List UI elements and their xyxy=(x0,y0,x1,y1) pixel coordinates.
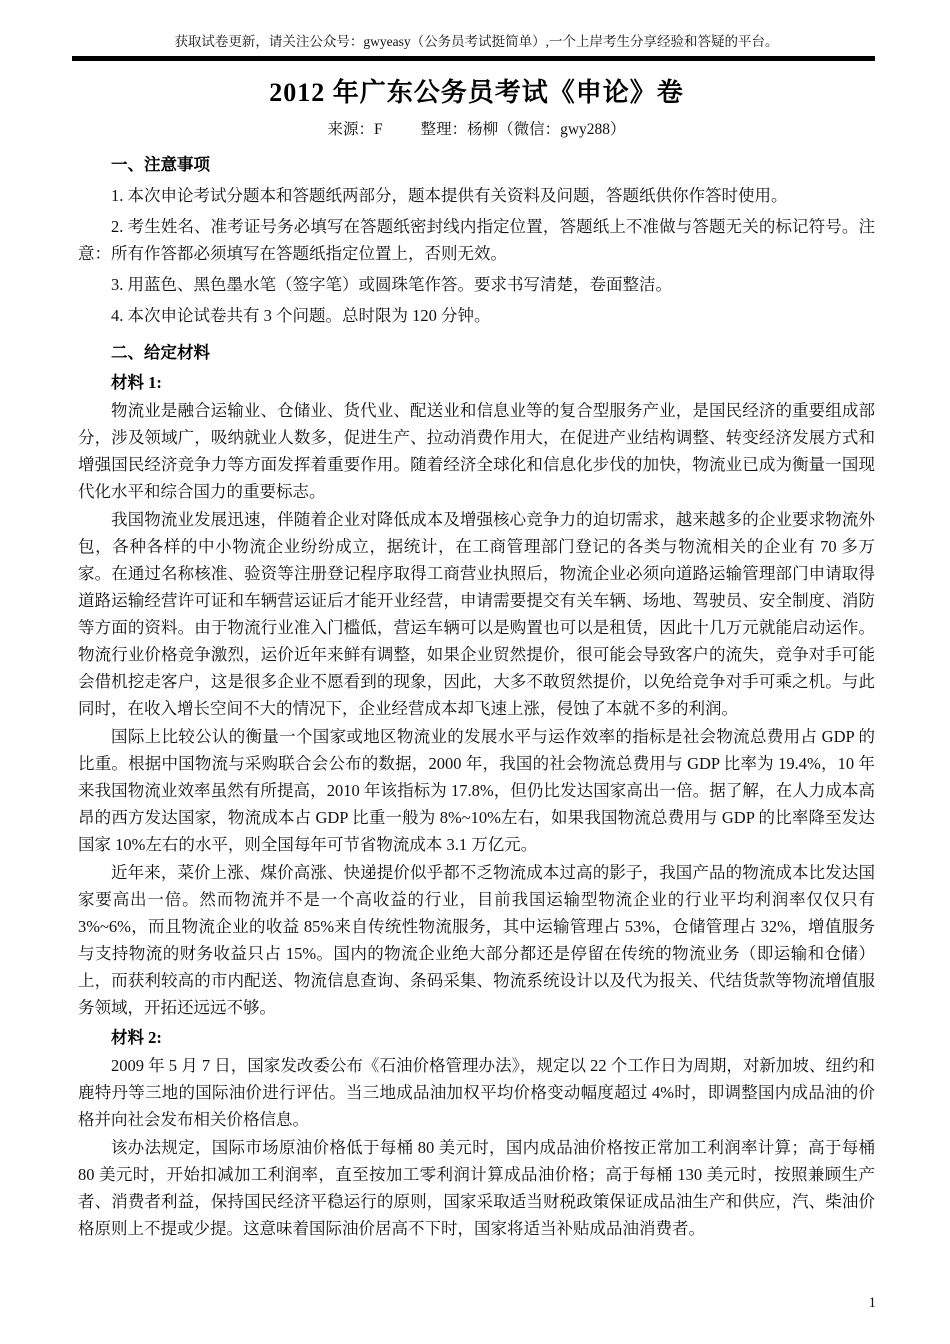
header-notice: 获取试卷更新，请关注公众号：gwyeasy（公务员考试挺简单）,一个上岸考生分享… xyxy=(78,30,875,50)
notice-list: 1. 本次申论考试分题本和答题纸两部分，题本提供有关资料及问题，答题纸供你作答时… xyxy=(78,182,875,329)
material-1-paragraph: 国际上比较公认的衡量一个国家或地区物流业的发展水平与运作效率的指标是社会物流总费… xyxy=(78,723,875,858)
page-number: 1 xyxy=(869,1295,877,1312)
byline-source: 来源：F xyxy=(327,119,382,141)
header-divider-rule xyxy=(72,56,875,61)
section-notice: 一、注意事项 1. 本次申论考试分题本和答题纸两部分，题本提供有关资料及问题，答… xyxy=(78,151,875,329)
material-2-paragraph: 该办法规定，国际市场原油价格低于每桶 80 美元时，国内成品油价格按正常加工利润… xyxy=(78,1134,875,1242)
byline-editor: 整理：杨柳（微信：gwy288） xyxy=(421,121,626,138)
material-2: 材料 2: 2009 年 5 月 7 日，国家发改委公布《石油价格管理办法》，规… xyxy=(78,1024,875,1242)
section-heading-materials: 二、给定材料 xyxy=(78,339,875,366)
material-1-label: 材料 1: xyxy=(78,369,875,396)
page-title: 2012 年广东公务员考试《申论》卷 xyxy=(78,77,875,109)
notice-item: 1. 本次申论考试分题本和答题纸两部分，题本提供有关资料及问题，答题纸供你作答时… xyxy=(78,182,875,209)
byline: 来源：F整理：杨柳（微信：gwy288） xyxy=(78,119,875,141)
material-1-paragraph: 近年来，菜价上涨、煤价高涨、快递提价似乎都不乏物流成本过高的影子，我国产品的物流… xyxy=(78,859,875,1021)
section-materials: 二、给定材料 材料 1: 物流业是融合运输业、仓储业、货代业、配送业和信息业等的… xyxy=(78,339,875,1242)
notice-item: 3. 用蓝色、黑色墨水笔（签字笔）或圆珠笔作答。要求书写清楚，卷面整洁。 xyxy=(78,271,875,298)
notice-item: 4. 本次申论试卷共有 3 个问题。总时限为 120 分钟。 xyxy=(78,302,875,329)
material-2-paragraph: 2009 年 5 月 7 日，国家发改委公布《石油价格管理办法》，规定以 22 … xyxy=(78,1052,875,1133)
section-heading-notice: 一、注意事项 xyxy=(78,151,875,178)
material-1: 材料 1: 物流业是融合运输业、仓储业、货代业、配送业和信息业等的复合型服务产业… xyxy=(78,369,875,1021)
document-page: 获取试卷更新，请关注公众号：gwyeasy（公务员考试挺简单）,一个上岸考生分享… xyxy=(0,0,950,1344)
notice-item: 2. 考生姓名、准考证号务必填写在答题纸密封线内指定位置，答题纸上不准做与答题无… xyxy=(78,213,875,267)
material-1-paragraph: 我国物流业发展迅速，伴随着企业对降低成本及增强核心竞争力的迫切需求，越来越多的企… xyxy=(78,506,875,722)
material-1-paragraph: 物流业是融合运输业、仓储业、货代业、配送业和信息业等的复合型服务产业，是国民经济… xyxy=(78,397,875,505)
material-2-label: 材料 2: xyxy=(78,1024,875,1051)
